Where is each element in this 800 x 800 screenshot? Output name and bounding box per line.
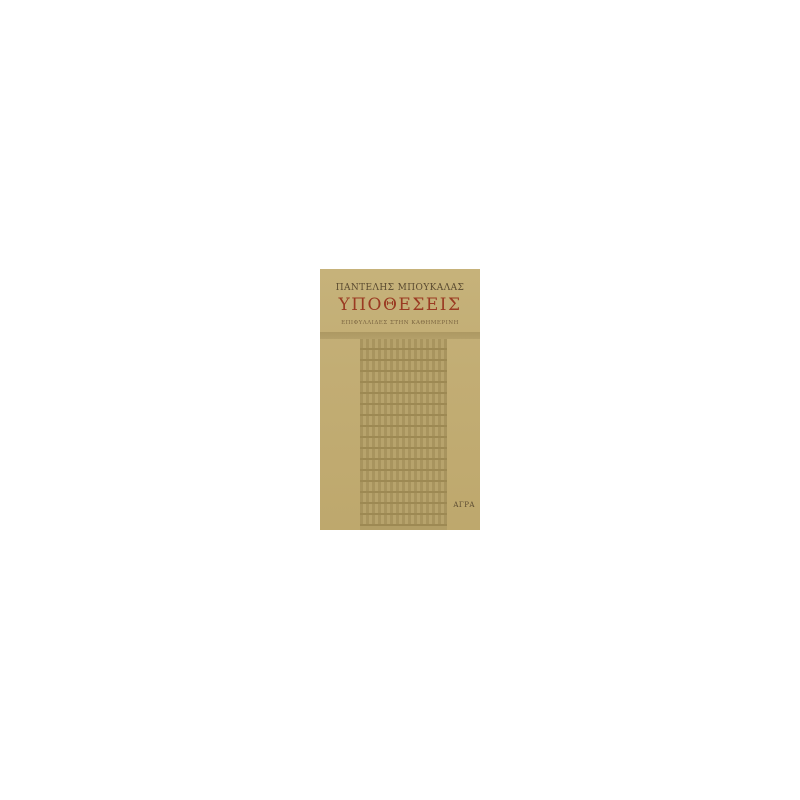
text-panel-artwork	[360, 339, 447, 530]
artwork-line	[360, 460, 447, 471]
decorative-band	[320, 332, 480, 339]
artwork-line	[360, 361, 447, 372]
author-name: ΠΑΝΤΕΛΗΣ ΜΠΟΥΚΑΛΑΣ	[320, 283, 480, 293]
artwork-line	[360, 504, 447, 515]
artwork-line	[360, 482, 447, 493]
artwork-line	[360, 449, 447, 460]
artwork-line	[360, 339, 447, 350]
artwork-line	[360, 427, 447, 438]
artwork-line	[360, 493, 447, 504]
artwork-line	[360, 350, 447, 361]
artwork-line	[360, 405, 447, 416]
book-subtitle: ΕΠΙΦΥΛΛΙΔΕΣ ΣΤΗΝ ΚΑΘΗΜΕΡΙΝΗ	[320, 320, 480, 326]
artwork-line	[360, 471, 447, 482]
artwork-line	[360, 416, 447, 427]
publisher-name: ΑΓΡΑ	[453, 501, 475, 509]
artwork-line	[360, 438, 447, 449]
book-cover: ΠΑΝΤΕΛΗΣ ΜΠΟΥΚΑΛΑΣ ΥΠΟΘΕΣΕΙΣ ΕΠΙΦΥΛΛΙΔΕΣ…	[320, 269, 480, 530]
artwork-line	[360, 372, 447, 383]
artwork-line	[360, 515, 447, 526]
artwork-line	[360, 383, 447, 394]
book-title: ΥΠΟΘΕΣΕΙΣ	[320, 295, 480, 315]
artwork-line	[360, 394, 447, 405]
